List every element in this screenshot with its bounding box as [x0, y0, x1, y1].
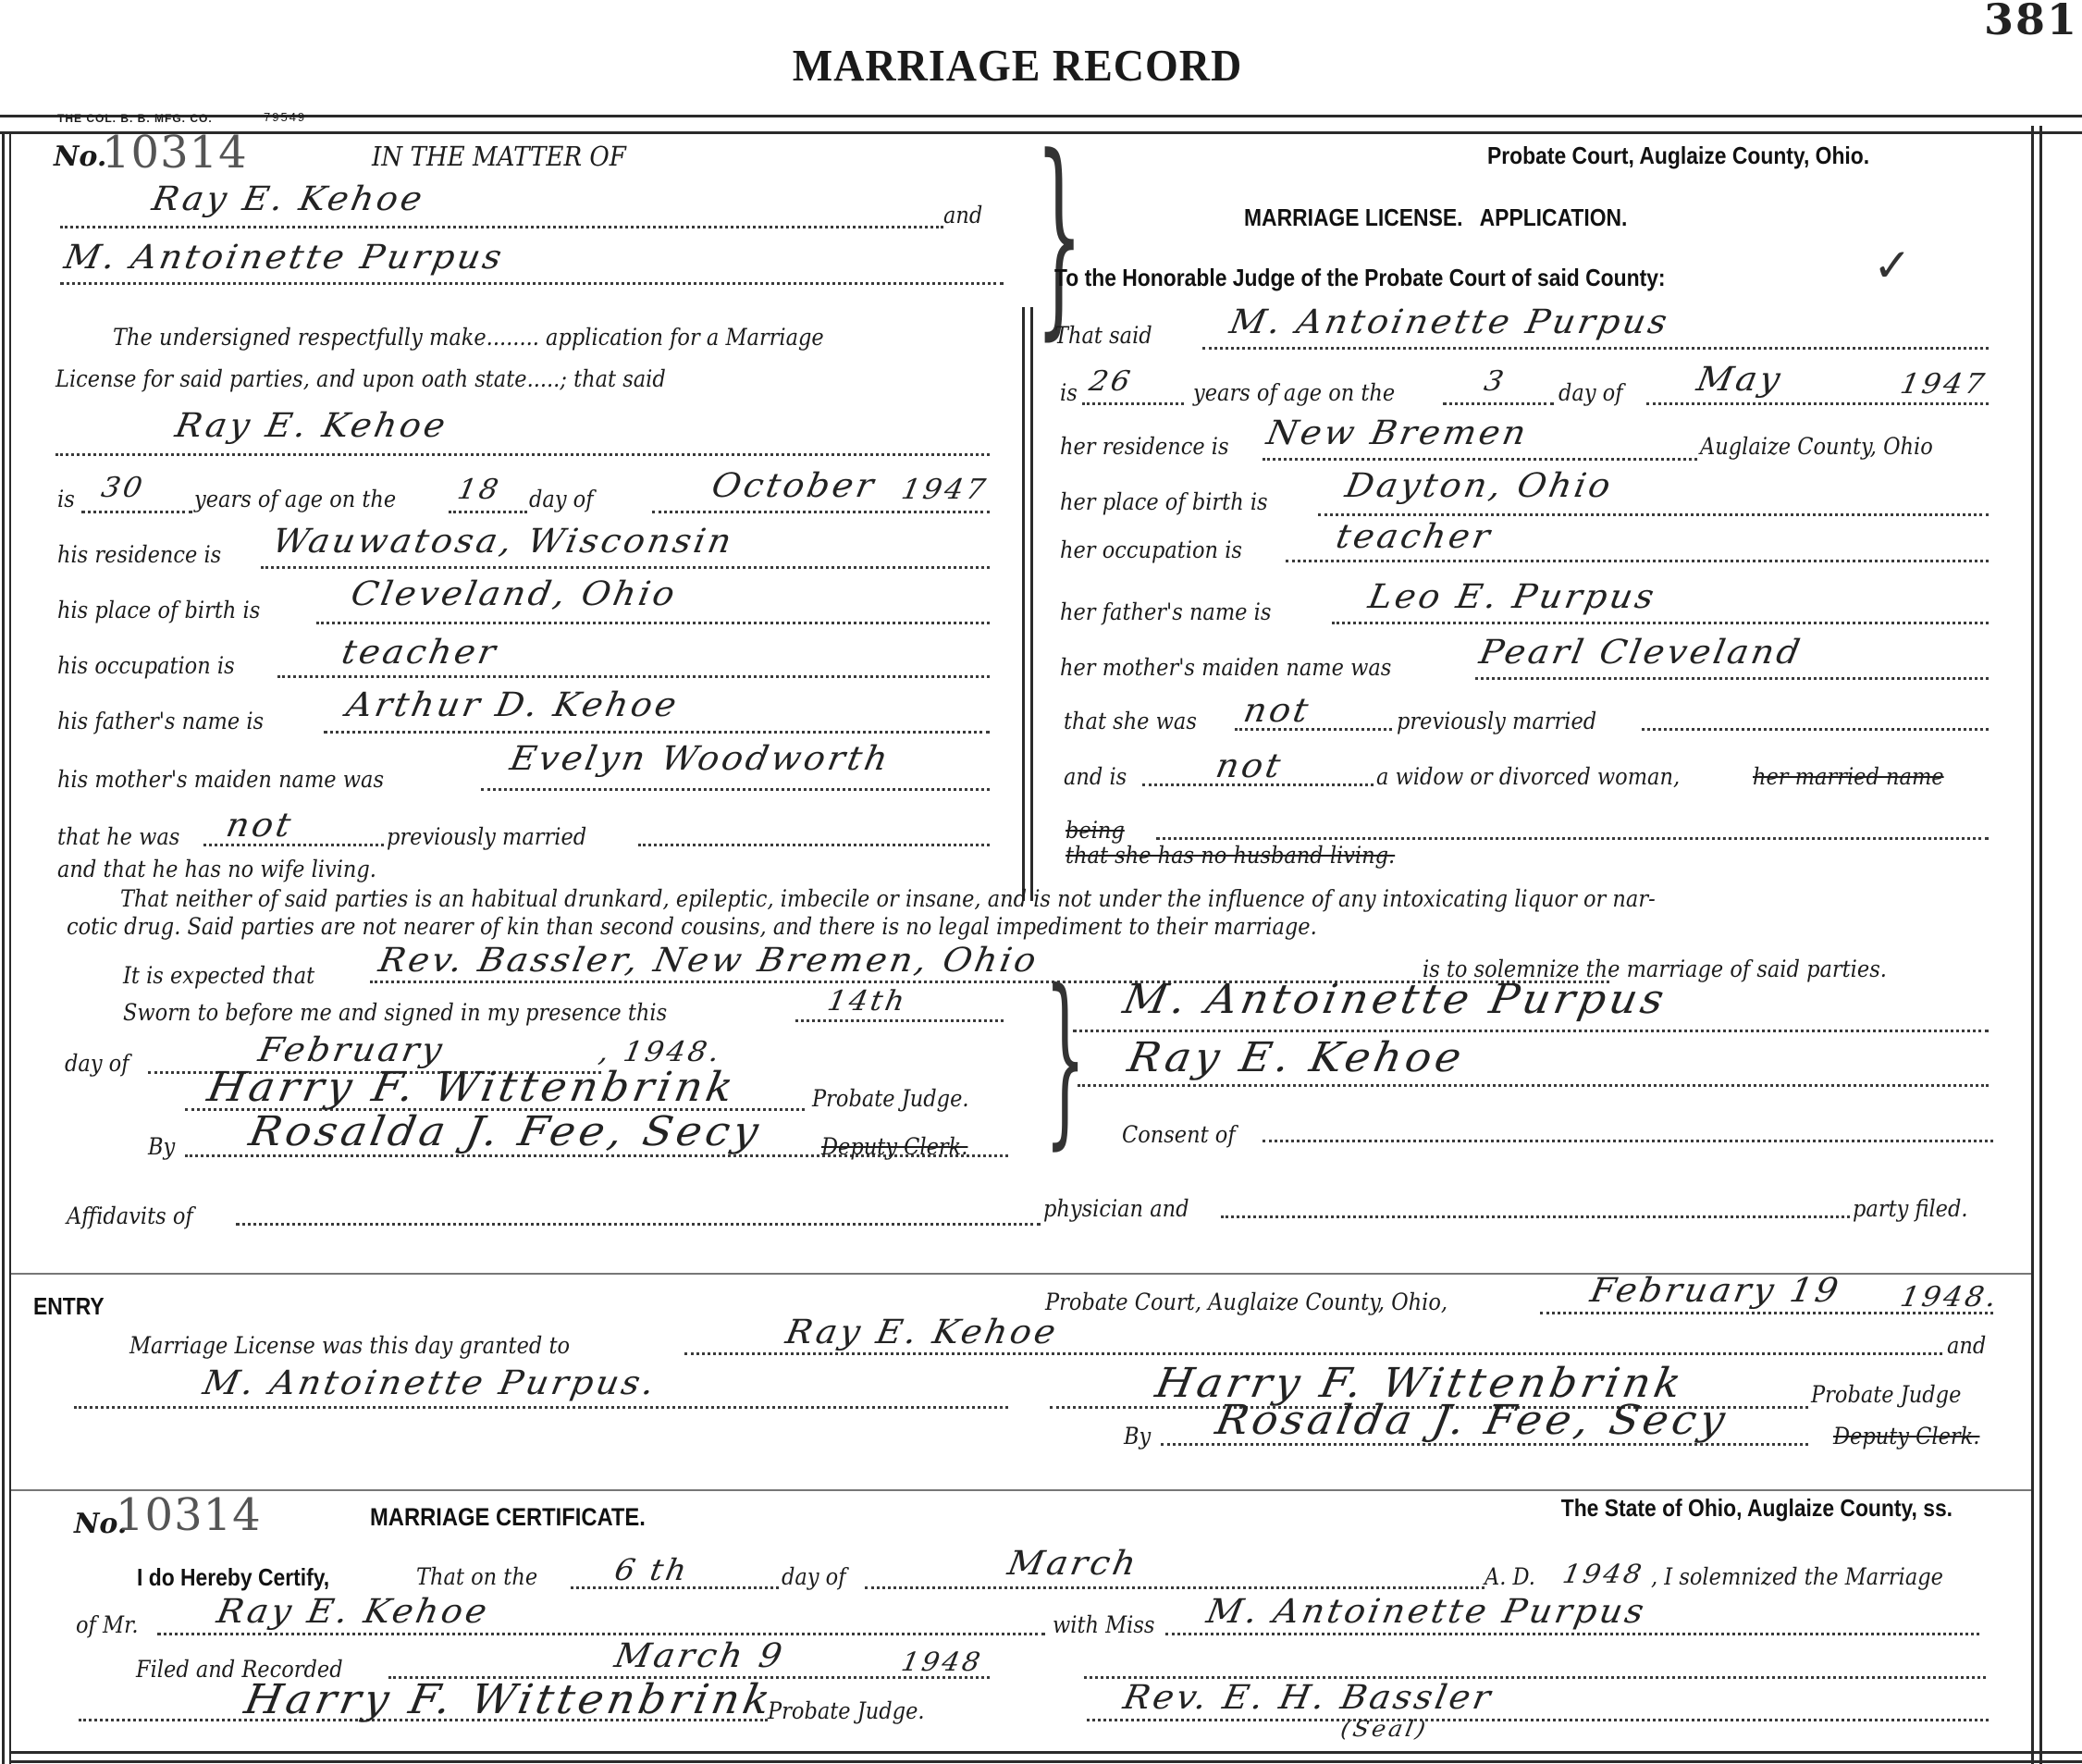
- bride-age-line: [1082, 402, 1184, 405]
- that-said-label: That said: [1054, 322, 1152, 349]
- bride-father-label: her father's name is: [1060, 598, 1271, 625]
- party1-name: Ray E. Kehoe: [149, 180, 427, 218]
- groom-age-line: [81, 511, 192, 513]
- bride-mother-line: [1475, 677, 1989, 680]
- groom-bday-line: [449, 511, 527, 513]
- bride-birthplace-line: [1318, 513, 1989, 516]
- groom-residence-label: his residence is: [57, 541, 221, 568]
- deputy-clerk-struck: Deputy Clerk.: [821, 1133, 967, 1160]
- entry-by-label: By: [1124, 1423, 1151, 1449]
- bride-occupation: teacher: [1333, 518, 1496, 556]
- groom-birthplace-line: [316, 622, 990, 624]
- sworn-day: 14th: [825, 985, 910, 1018]
- by-label: By: [148, 1133, 175, 1160]
- bride-widow-value: not: [1213, 747, 1286, 785]
- groom-mother-label: his mother's maiden name was: [57, 766, 384, 793]
- officiant-signature: Rev. E. H. Bassler: [1120, 1679, 1496, 1717]
- sworn-label: Sworn to before me and signed in my pres…: [123, 999, 667, 1026]
- bride-birth-month: May: [1694, 361, 1786, 399]
- bride-mother-label: her mother's maiden name was: [1060, 654, 1391, 681]
- bride-name-line: [1202, 347, 1989, 350]
- bride-prev-value: not: [1240, 692, 1313, 730]
- bride-prev-tail-line: [1642, 728, 1989, 731]
- bride-occupation-line: [1286, 560, 1989, 562]
- applicant-signature-2: Ray E. Kehoe: [1124, 1034, 1469, 1081]
- judge-signature: Harry F. Wittenbrink: [203, 1064, 740, 1111]
- court-name: Probate Court, Auglaize County, Ohio.: [1487, 142, 1869, 170]
- bride-residence-line: [1263, 458, 1697, 461]
- physician-line: [1221, 1215, 1850, 1218]
- bride-residence: New Bremen: [1263, 414, 1532, 452]
- groom-birthplace-label: his place of birth is: [57, 597, 260, 623]
- declaration-line-2: cotic drug. Said parties are not nearer …: [67, 913, 1317, 940]
- party2-line: [60, 282, 1004, 285]
- that-on-label: That on the: [416, 1563, 537, 1590]
- bride-residence-label: her residence is: [1060, 433, 1229, 460]
- cert-day-of-label: day of: [782, 1563, 846, 1590]
- printer-name: THE COL. B. B. MFG. CO.: [57, 112, 213, 125]
- groom-residence: Wauwatosa, Wisconsin: [269, 523, 737, 561]
- ad-label: A. D.: [1485, 1563, 1535, 1590]
- entry-party1: Ray E. Kehoe: [782, 1314, 1061, 1351]
- bride-being-line: [1156, 837, 1989, 840]
- intro-line-2: License for said parties, and upon oath …: [55, 365, 666, 392]
- groom-prev-label-b: previously married: [387, 823, 586, 850]
- bride-prev-label-b: previously married: [1397, 708, 1596, 734]
- certify-label: I do Hereby Certify,: [137, 1563, 329, 1592]
- solemnized-label: , I solemnized the Marriage: [1651, 1563, 1943, 1590]
- cert-title: MARRIAGE CERTIFICATE.: [370, 1503, 646, 1532]
- judge-label: Probate Judge.: [812, 1085, 969, 1112]
- cert-year: 1948: [1560, 1559, 1647, 1589]
- groom-occupation-line: [277, 675, 990, 678]
- bride-married-name-struck: her married name: [1753, 763, 1944, 790]
- page-title: MARRIAGE RECORD: [0, 40, 2035, 92]
- bride-widow-label-a: and is: [1064, 763, 1127, 790]
- groom-name: Ray E. Kehoe: [172, 407, 450, 445]
- center-divider-b: [1030, 307, 1033, 901]
- entry-and-label: and: [1947, 1332, 1986, 1359]
- groom-prev-label-a: that he was: [57, 823, 179, 850]
- physician-label: physician and: [1043, 1195, 1189, 1222]
- page-number: 381: [1984, 0, 2078, 44]
- entry-party2: M. Antoinette Purpus.: [200, 1364, 659, 1402]
- applicant-signature-1: M. Antoinette Purpus: [1119, 976, 1671, 1023]
- seal-label: (Seal): [1338, 1716, 1430, 1742]
- certificate-divider: [11, 1489, 2031, 1491]
- bride-prev-label-a: that she was: [1064, 708, 1197, 734]
- groom-name-line: [55, 453, 990, 456]
- intro-line-1: The undersigned respectfully make.......…: [113, 324, 824, 351]
- entry-party1-line: [684, 1352, 1942, 1355]
- groom-cert-line: [157, 1633, 1045, 1635]
- bride-cert-line: [1165, 1633, 1979, 1635]
- bride-mother: Pearl Cleveland: [1476, 634, 1805, 672]
- granted-label: Marriage License was this day granted to: [129, 1332, 570, 1359]
- groom-month-line: [652, 511, 990, 513]
- groom-birth-year: 1947: [899, 474, 991, 506]
- cert-day: 6 th: [611, 1552, 692, 1587]
- right-border-inner: [2039, 126, 2042, 1764]
- groom-age: 30: [99, 472, 148, 504]
- bride-widow-label-b: a widow or divorced woman,: [1376, 763, 1680, 790]
- consent-line: [1263, 1140, 1993, 1142]
- applicant-sig2-line: [1078, 1084, 1989, 1087]
- application-heading: MARRIAGE LICENSE. APPLICATION.: [1244, 204, 1627, 232]
- bride-birthplace-label: her place of birth is: [1060, 488, 1268, 515]
- bride-father-line: [1332, 622, 1989, 624]
- entry-date: February 19: [1587, 1272, 1843, 1310]
- party2-name: M. Antoinette Purpus: [61, 239, 507, 277]
- groom-prev-value: not: [223, 807, 296, 845]
- entry-judge-label: Probate Judge: [1811, 1381, 1961, 1408]
- record-number: 10314: [102, 127, 248, 179]
- cert-groom: Ray E. Kehoe: [214, 1593, 492, 1631]
- and-label: and: [943, 202, 982, 228]
- groom-occupation-label: his occupation is: [57, 652, 235, 679]
- party1-line: [60, 226, 943, 228]
- left-border: [2, 132, 5, 1764]
- affidavits-label: Affidavits of: [67, 1203, 193, 1229]
- bride-father: Leo E. Purpus: [1365, 578, 1659, 616]
- of-mr-label: of Mr.: [76, 1611, 139, 1638]
- cert-month-line: [865, 1586, 1485, 1589]
- printer-code: 79549: [264, 110, 306, 124]
- consent-label: Consent of: [1122, 1121, 1236, 1148]
- groom-day-of-label: day of: [529, 486, 594, 512]
- expected-label: It is expected that: [123, 962, 314, 989]
- groom-prev-tail-line: [638, 844, 990, 846]
- entry-year: 1948.: [1898, 1281, 2002, 1314]
- groom-age-is-label: is: [57, 486, 75, 512]
- groom-father: Arthur D. Kehoe: [343, 686, 682, 724]
- bride-birth-day: 3: [1482, 365, 1509, 398]
- salutation: To the Honorable Judge of the Probate Co…: [1054, 264, 1666, 292]
- bride-month-line: [1646, 402, 1989, 405]
- cert-judge-signature: Harry F. Wittenbrink: [240, 1676, 777, 1723]
- bottom-border-b: [11, 1760, 2082, 1763]
- no-husband-struck: that she has no husband living.: [1066, 842, 1395, 869]
- being-struck: being: [1066, 817, 1125, 844]
- left-border-inner: [9, 132, 11, 1764]
- cert-bride: M. Antoinette Purpus: [1203, 1593, 1649, 1631]
- filed-year: 1948: [899, 1647, 986, 1677]
- bride-years-label: years of age on the: [1193, 379, 1395, 406]
- entry-deputy-clerk-struck: Deputy Clerk.: [1833, 1423, 1979, 1449]
- cert-month: March: [1004, 1545, 1141, 1583]
- groom-father-label: his father's name is: [57, 708, 264, 734]
- clerk-signature: Rosalda J. Fee, Secy: [245, 1108, 766, 1155]
- cert-state: The State of Ohio, Auglaize County, ss.: [1561, 1494, 1953, 1523]
- cert-judge-label: Probate Judge.: [768, 1697, 925, 1724]
- applicant-sig1-line: [1073, 1030, 1989, 1032]
- declaration-line-1: That neither of said parties is an habit…: [120, 885, 1656, 912]
- entry-clerk-signature: Rosalda J. Fee, Secy: [1212, 1397, 1732, 1444]
- bride-bday-line: [1443, 402, 1554, 405]
- officiant-signature-line: [1087, 1719, 1989, 1721]
- sworn-brace: }: [1044, 967, 1086, 1152]
- bride-birth-year: 1947: [1898, 368, 1990, 401]
- groom-birth-month: October: [708, 467, 879, 505]
- groom-mother-line: [481, 788, 990, 791]
- bride-residence-suffix: Auglaize County, Ohio: [1700, 433, 1933, 460]
- record-no-label: No.: [54, 141, 106, 173]
- cert-record-number: 10314: [116, 1489, 262, 1541]
- party-filed-label: party filed.: [1853, 1195, 1968, 1222]
- bottom-border-a: [11, 1751, 2082, 1754]
- center-divider-a: [1022, 307, 1025, 901]
- bride-occupation-label: her occupation is: [1060, 537, 1242, 563]
- groom-mother: Evelyn Woodworth: [507, 740, 893, 778]
- groom-residence-line: [261, 566, 990, 569]
- expected-officiant: Rev. Bassler, New Bremen, Ohio: [376, 942, 1041, 980]
- checkmark-icon: ✓: [1873, 239, 1912, 292]
- entry-heading: ENTRY: [33, 1292, 105, 1321]
- sworn-day-line: [795, 1019, 1004, 1022]
- header-brace: }: [1036, 130, 1083, 342]
- entry-party2-line: [74, 1406, 1008, 1409]
- affidavits-line: [236, 1223, 1041, 1226]
- no-wife-living: and that he has no wife living.: [57, 856, 376, 882]
- filed-date: March 9: [611, 1637, 788, 1675]
- with-miss-label: with Miss: [1053, 1611, 1154, 1638]
- groom-occupation: teacher: [339, 634, 501, 672]
- bride-name: M. Antoinette Purpus: [1226, 303, 1672, 341]
- groom-birth-day: 18: [455, 474, 504, 506]
- in-the-matter-of: IN THE MATTER OF: [372, 141, 626, 172]
- entry-court-label: Probate Court, Auglaize County, Ohio,: [1045, 1289, 1448, 1315]
- groom-years-label: years of age on the: [194, 486, 396, 512]
- right-border: [2031, 126, 2034, 1764]
- day-of-label: day of: [65, 1050, 129, 1077]
- bride-birthplace: Dayton, Ohio: [1342, 467, 1616, 505]
- groom-father-line: [324, 731, 990, 734]
- groom-birthplace: Cleveland, Ohio: [348, 575, 680, 613]
- bride-age-is-label: is: [1060, 379, 1078, 406]
- bride-day-of-label: day of: [1558, 379, 1623, 406]
- bride-age: 26: [1087, 365, 1136, 398]
